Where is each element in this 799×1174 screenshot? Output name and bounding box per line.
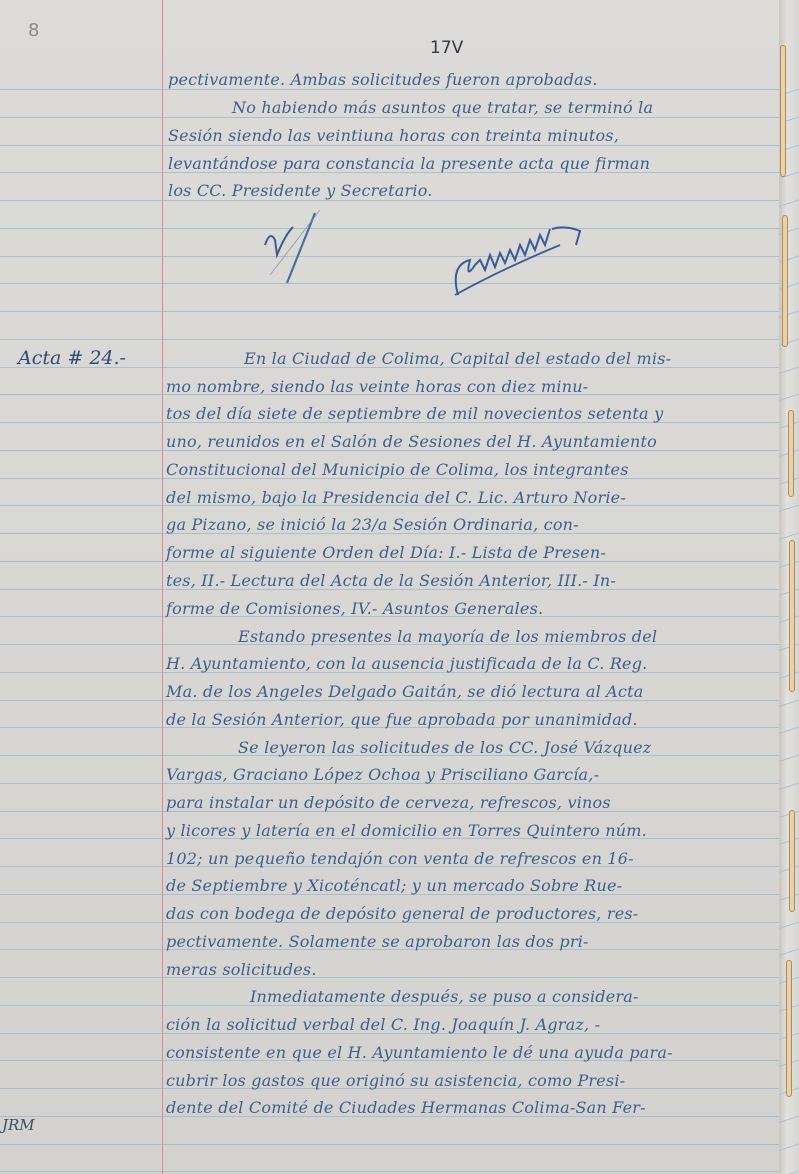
secretary-signature bbox=[440, 205, 600, 300]
acta-line: Vargas, Graciano López Ochoa y Priscilia… bbox=[166, 765, 599, 784]
binding-staple bbox=[786, 960, 792, 1097]
acta-line: 102; un pequeño tendajón con venta de re… bbox=[166, 849, 634, 868]
rule-line bbox=[0, 228, 779, 229]
president-signature bbox=[225, 205, 355, 290]
rule-line bbox=[0, 1144, 779, 1145]
acta-line: H. Ayuntamiento, con la ausencia justifi… bbox=[166, 654, 647, 673]
binding-staple bbox=[789, 810, 795, 912]
binding-staple bbox=[782, 215, 788, 347]
acta-line: Constitucional del Municipio de Colima, … bbox=[166, 460, 629, 479]
acta-line: En la Ciudad de Colima, Capital del esta… bbox=[244, 349, 671, 368]
closing-line: los CC. Presidente y Secretario. bbox=[168, 181, 433, 200]
closing-line: pectivamente. Ambas solicitudes fueron a… bbox=[168, 70, 598, 89]
acta-line: forme de Comisiones, IV.- Asuntos Genera… bbox=[166, 599, 543, 618]
binding-staple bbox=[789, 540, 795, 692]
folio-mark: 8 bbox=[28, 20, 39, 41]
acta-line: meras solicitudes. bbox=[166, 960, 317, 979]
page-number: 17V bbox=[430, 38, 463, 58]
rule-line bbox=[0, 283, 779, 284]
rule-line bbox=[0, 145, 779, 146]
closing-line: Sesión siendo las veintiuna horas con tr… bbox=[168, 126, 619, 145]
rule-line bbox=[0, 117, 779, 118]
rule-line bbox=[0, 311, 779, 312]
closing-line: No habiendo más asuntos que tratar, se t… bbox=[232, 98, 653, 117]
acta-line: uno, reunidos en el Salón de Sesiones de… bbox=[166, 432, 657, 451]
acta-line: Inmediatamente después, se puso a consid… bbox=[250, 987, 639, 1006]
acta-line: de Septiembre y Xicoténcatl; y un mercad… bbox=[166, 876, 622, 895]
rule-line bbox=[0, 1171, 779, 1172]
closing-line: levantándose para constancia la presente… bbox=[168, 154, 650, 173]
rule-line bbox=[0, 977, 779, 978]
rule-line bbox=[0, 256, 779, 257]
acta-line: de la Sesión Anterior, que fue aprobada … bbox=[166, 710, 638, 729]
acta-line: Ma. de los Angeles Delgado Gaitán, se di… bbox=[166, 682, 643, 701]
binding-staple bbox=[788, 410, 794, 497]
acta-line: Se leyeron las solicitudes de los CC. Jo… bbox=[238, 738, 651, 757]
acta-line: consistente en que el H. Ayuntamiento le… bbox=[166, 1043, 673, 1062]
acta-line: forme al siguiente Orden del Día: I.- Li… bbox=[166, 543, 606, 562]
acta-line: pectivamente. Solamente se aprobaron las… bbox=[166, 932, 589, 951]
acta-line: ción la solicitud verbal del C. Ing. Joa… bbox=[166, 1015, 600, 1034]
binding-staple bbox=[780, 45, 786, 177]
acta-line: tos del día siete de septiembre de mil n… bbox=[166, 404, 663, 423]
rule-line bbox=[0, 200, 779, 201]
acta-line: cubrir los gastos que originó su asisten… bbox=[166, 1071, 625, 1090]
acta-line: del mismo, bajo la Presidencia del C. Li… bbox=[166, 488, 626, 507]
acta-line: y licores y latería en el domicilio en T… bbox=[166, 821, 647, 840]
rule-line bbox=[0, 339, 779, 340]
acta-line: para instalar un depósito de cerveza, re… bbox=[166, 793, 611, 812]
acta-line: das con bodega de depósito general de pr… bbox=[166, 904, 638, 923]
acta-number-label: Acta # 24.- bbox=[18, 347, 126, 369]
acta-line: dente del Comité de Ciudades Hermanas Co… bbox=[166, 1098, 646, 1117]
acta-line: ga Pizano, se inició la 23/a Sesión Ordi… bbox=[166, 515, 579, 534]
acta-line: mo nombre, siendo las veinte horas con d… bbox=[166, 377, 588, 396]
acta-line: tes, II.- Lectura del Acta de la Sesión … bbox=[166, 571, 616, 590]
acta-line: Estando presentes la mayoría de los miem… bbox=[238, 627, 657, 646]
margin-initials: JRM bbox=[2, 1116, 35, 1134]
red-margin-line bbox=[162, 0, 163, 1174]
rule-line bbox=[0, 89, 779, 90]
